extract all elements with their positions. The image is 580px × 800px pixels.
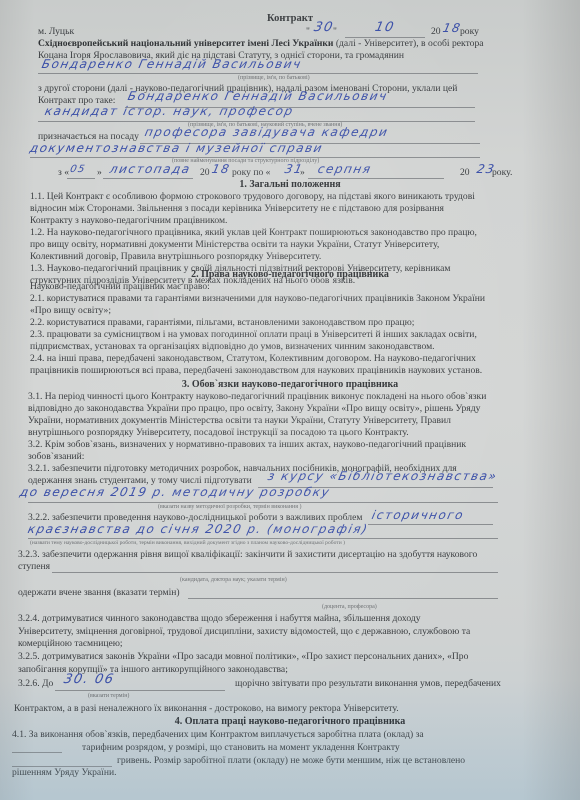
caption-326: (вказати термін) [88,693,129,700]
p324-line: комерційною таємницею; [18,638,580,650]
caption-321: (вказати назву методичної розробки, терм… [158,504,302,511]
p321-handwritten-2: до вересня 2019 р. методичну розробку [19,485,332,499]
s1-line: 1.2. На науково-педагогічного працівника… [30,227,580,239]
date-month: 10 [374,22,396,34]
s3-line: 3.2. Крім зобов`язань, визначених у норм… [28,439,580,451]
p322-handwritten-1: історичного [371,508,466,522]
s1-line: 1.1. Цей Контракт є особливою формою стр… [30,191,580,203]
term-to-month: серпня [317,163,373,175]
caption-323b: (доцента, професора) [322,604,377,611]
term-from-month: листопада [109,163,192,175]
s4-line-1: 4.1. За виконання обов`язків, передбачен… [12,729,580,741]
s2-line: підприємствах, установах та організаціях… [30,341,580,353]
section-2-heading: 2. Права науково-педагогічного працівник… [0,269,580,281]
s2-line: 2.3. працювати за сумісництвом і на умов… [30,329,580,341]
s3-line: України, нормативних документів Міністер… [28,415,580,427]
caption-323: (кандидата, доктора наук; указати термін… [180,577,287,584]
s2-line: 2.1. користуватися правами та гарантіями… [30,293,580,305]
city: м. Луцьк [38,26,74,38]
degree-handwritten: кандидат істор. наук, професор [44,104,296,118]
s4-line-3: гривень. Розмір заробітної плати (окладу… [117,755,580,767]
s1-line: Контракту з науково-педагогічним працівн… [30,215,580,227]
term-from-day: 05 [69,164,87,176]
s1-line: Колективний договір, Правила внутрішньог… [30,251,580,263]
caption-322: (назвати тему науково-дослідницької робо… [30,540,345,547]
worker-name-handwritten: Бондаренко Геннадій Васильович [127,89,390,103]
s4-line-2: тарифним розрядом, у розмірі, що станови… [82,742,580,754]
section-1-heading: 1. Загальні положення [0,179,580,191]
position-handwritten-1: професора завідувача кафедри [144,125,390,139]
s3-line: 3.1. На період чинності цього Контракту … [28,391,580,403]
s2-line: «Про вищу освіту»; [30,305,580,317]
s2-line: Науково-педагогічний працівник має право… [30,281,580,293]
date-day: 30 [313,22,335,34]
s1-line: про вищу освіту, нормативні документи Мі… [30,239,580,251]
document-title: Контракт [0,13,580,25]
s1-line: відносин між Сторонами. Звільнення з пос… [30,203,580,215]
s3-line: внутрішнього розпорядку Університету, по… [28,427,580,439]
position-handwritten-2: документознавства і музейної справи [29,141,325,155]
p324-line: 3.2.4. дотримуватися чинного законодавст… [18,613,580,625]
s4-line-4: рішенням Уряду України. [12,767,580,779]
p325-line: 3.2.5. дотримуватися законів України «Пр… [18,651,580,663]
s3-line: відповідно до законодавства України про … [28,403,580,415]
section-4-heading: 4. Оплата праці науково-педагогічного пр… [0,716,580,728]
s2-line: 2.4. на інші права, передбачені законода… [30,353,580,365]
term-from-year: 18 [211,163,232,175]
p326-line-2: Контрактом, а в разі неналежного їх вико… [14,703,580,715]
s2-line: працівників поширюються всі права, перед… [30,365,580,377]
s3-line: зобов`язаний: [28,451,580,463]
p322-handwritten-2: краєзнавства до січня 2020 р. (монографі… [27,522,370,536]
p321-handwritten-1: з курсу «Бібліотекознавства» [267,469,499,483]
p326-rest: щорічно звітувати про результати виконан… [235,678,580,690]
s2-line: 2.2. користуватися правами, гарантіями, … [30,317,580,329]
intro-line-1: Східноєвропейський національний універси… [38,38,548,50]
p323-line-1: 3.2.3. забезпечити одержання рівня вищої… [18,549,580,561]
caption-name: (прізвище, ім'я, по батькові) [238,75,310,82]
contract-document: Контракт м. Луцьк " 30 " 10 20 18 року С… [0,0,580,800]
citizen-name-handwritten: Бондаренко Геннадій Васильович [41,57,304,71]
section-3-heading: 3. Обов`язки науково-педагогічного праці… [0,379,580,391]
p326-handwritten: 30. 06 [62,672,116,687]
p324-line: Університету, зміцнення договірної, труд… [18,626,580,638]
